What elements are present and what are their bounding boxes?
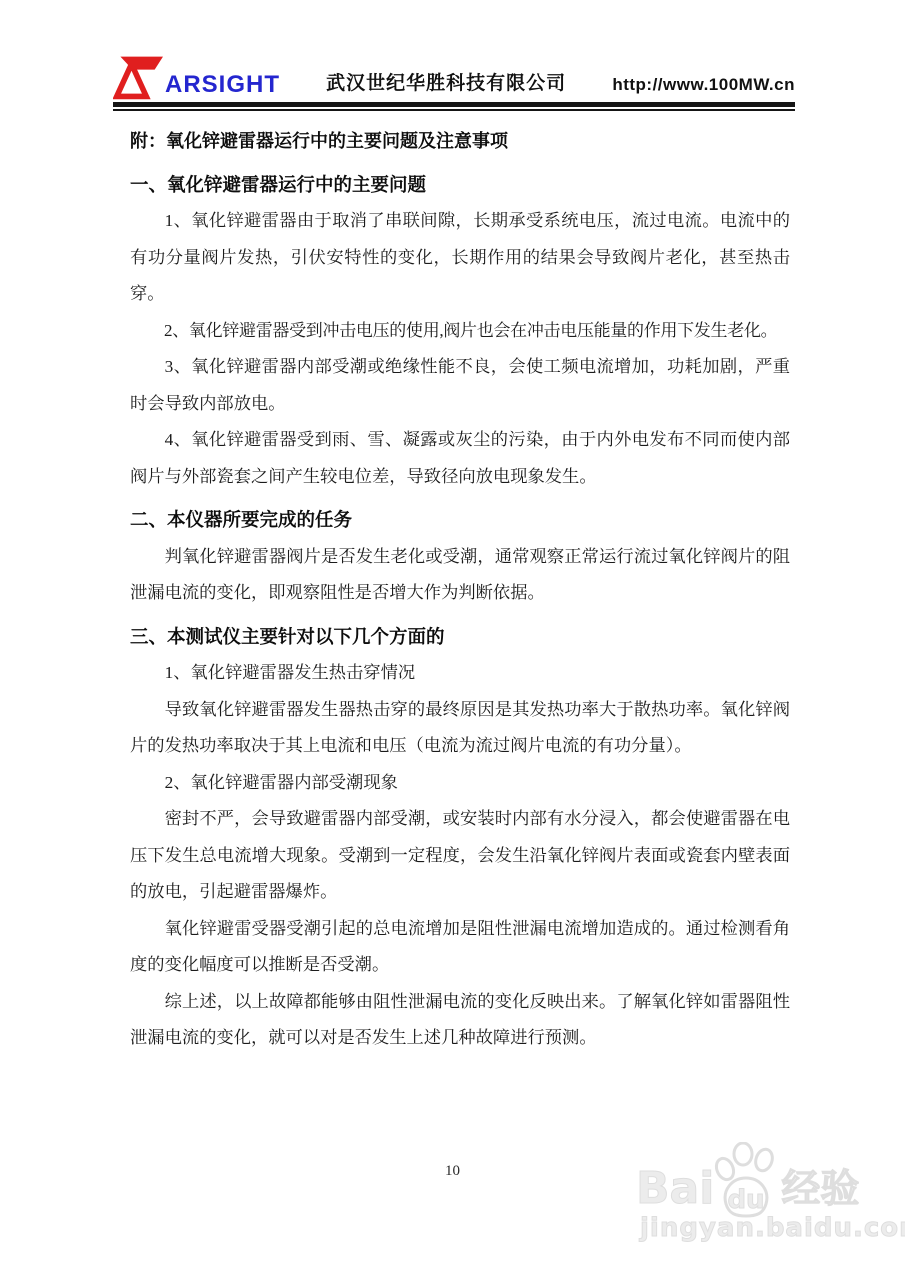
paragraph: 导致氧化锌避雷器发生器热击穿的最终原因是其发热功率大于散热功率。氧化锌阀片的发热… [130, 692, 790, 765]
baidu-jingyan-watermark: Bai du 经验 jingyan.baidu.com [636, 1142, 905, 1243]
paragraph: 氧化锌避雷受器受潮引起的总电流增加是阻性泄漏电流增加造成的。通过检测看角度的变化… [130, 911, 790, 984]
paragraph: 1、氧化锌避雷器由于取消了串联间隙，长期承受系统电压，流过电流。电流中的有功分量… [130, 203, 790, 313]
section-main-problems: 一、氧化锌避雷器运行中的主要问题 1、氧化锌避雷器由于取消了串联间隙，长期承受系… [130, 167, 790, 496]
document-page: ARSIGHT 武汉世纪华胜科技有限公司 http://www.100MW.cn… [0, 0, 905, 1280]
section-2-heading: 二、本仪器所要完成的任务 [130, 502, 790, 539]
paragraph: 4、氧化锌避雷器受到雨、雪、凝露或灰尘的污染，由于内外电发布不同而使内部阀片与外… [130, 422, 790, 495]
watermark-jingyan-text: 经验 [781, 1169, 859, 1211]
logo-text: ARSIGHT [165, 73, 280, 97]
section-3-heading: 三、本测试仪主要针对以下几个方面的 [130, 619, 790, 656]
watermark-url: jingyan.baidu.com [640, 1213, 905, 1243]
paragraph: 密封不严，会导致避雷器内部受潮，或安装时内部有水分浸入，都会使避雷器在电压下发生… [130, 801, 790, 911]
doc-title: 附：氧化锌避雷器运行中的主要问题及注意事项 [130, 123, 790, 160]
header-url: http://www.100MW.cn [612, 75, 795, 95]
section-tester-aspects: 三、本测试仪主要针对以下几个方面的 1、氧化锌避雷器发生热击穿情况 导致氧化锌避… [130, 619, 790, 1057]
list-item: 2、氧化锌避雷器内部受潮现象 [130, 765, 790, 802]
logo-mark-icon [113, 54, 163, 100]
section-1-heading: 一、氧化锌避雷器运行中的主要问题 [130, 167, 790, 204]
document-content: 附：氧化锌避雷器运行中的主要问题及注意事项 一、氧化锌避雷器运行中的主要问题 1… [130, 123, 790, 1057]
paragraph: 综上述，以上故障都能够由阻性泄漏电流的变化反映出来。了解氧化锌如雷器阻性泄漏电流… [130, 984, 790, 1057]
farsight-logo: ARSIGHT [113, 54, 280, 100]
header-divider [113, 102, 795, 111]
paragraph: 2、氧化锌避雷器受到冲击电压的使用,阀片也会在冲击电压能量的作用下发生老化。 [130, 313, 790, 350]
paragraph: 3、氧化锌避雷器内部受潮或绝缘性能不良，会使工频电流增加，功耗加剧，严重时会导致… [130, 349, 790, 422]
page-header: ARSIGHT 武汉世纪华胜科技有限公司 http://www.100MW.cn [113, 52, 795, 100]
watermark-bai-text: Bai [636, 1167, 714, 1211]
paragraph: 判氧化锌避雷器阀片是否发生老化或受潮，通常观察正常运行流过氧化锌阀片的阻泄漏电流… [130, 539, 790, 612]
paw-icon: du [712, 1142, 778, 1218]
company-name: 武汉世纪华胜科技有限公司 [326, 68, 566, 95]
section-instrument-tasks: 二、本仪器所要完成的任务 判氧化锌避雷器阀片是否发生老化或受潮，通常观察正常运行… [130, 502, 790, 612]
watermark-du-text: du [728, 1185, 765, 1215]
list-item: 1、氧化锌避雷器发生热击穿情况 [130, 655, 790, 692]
